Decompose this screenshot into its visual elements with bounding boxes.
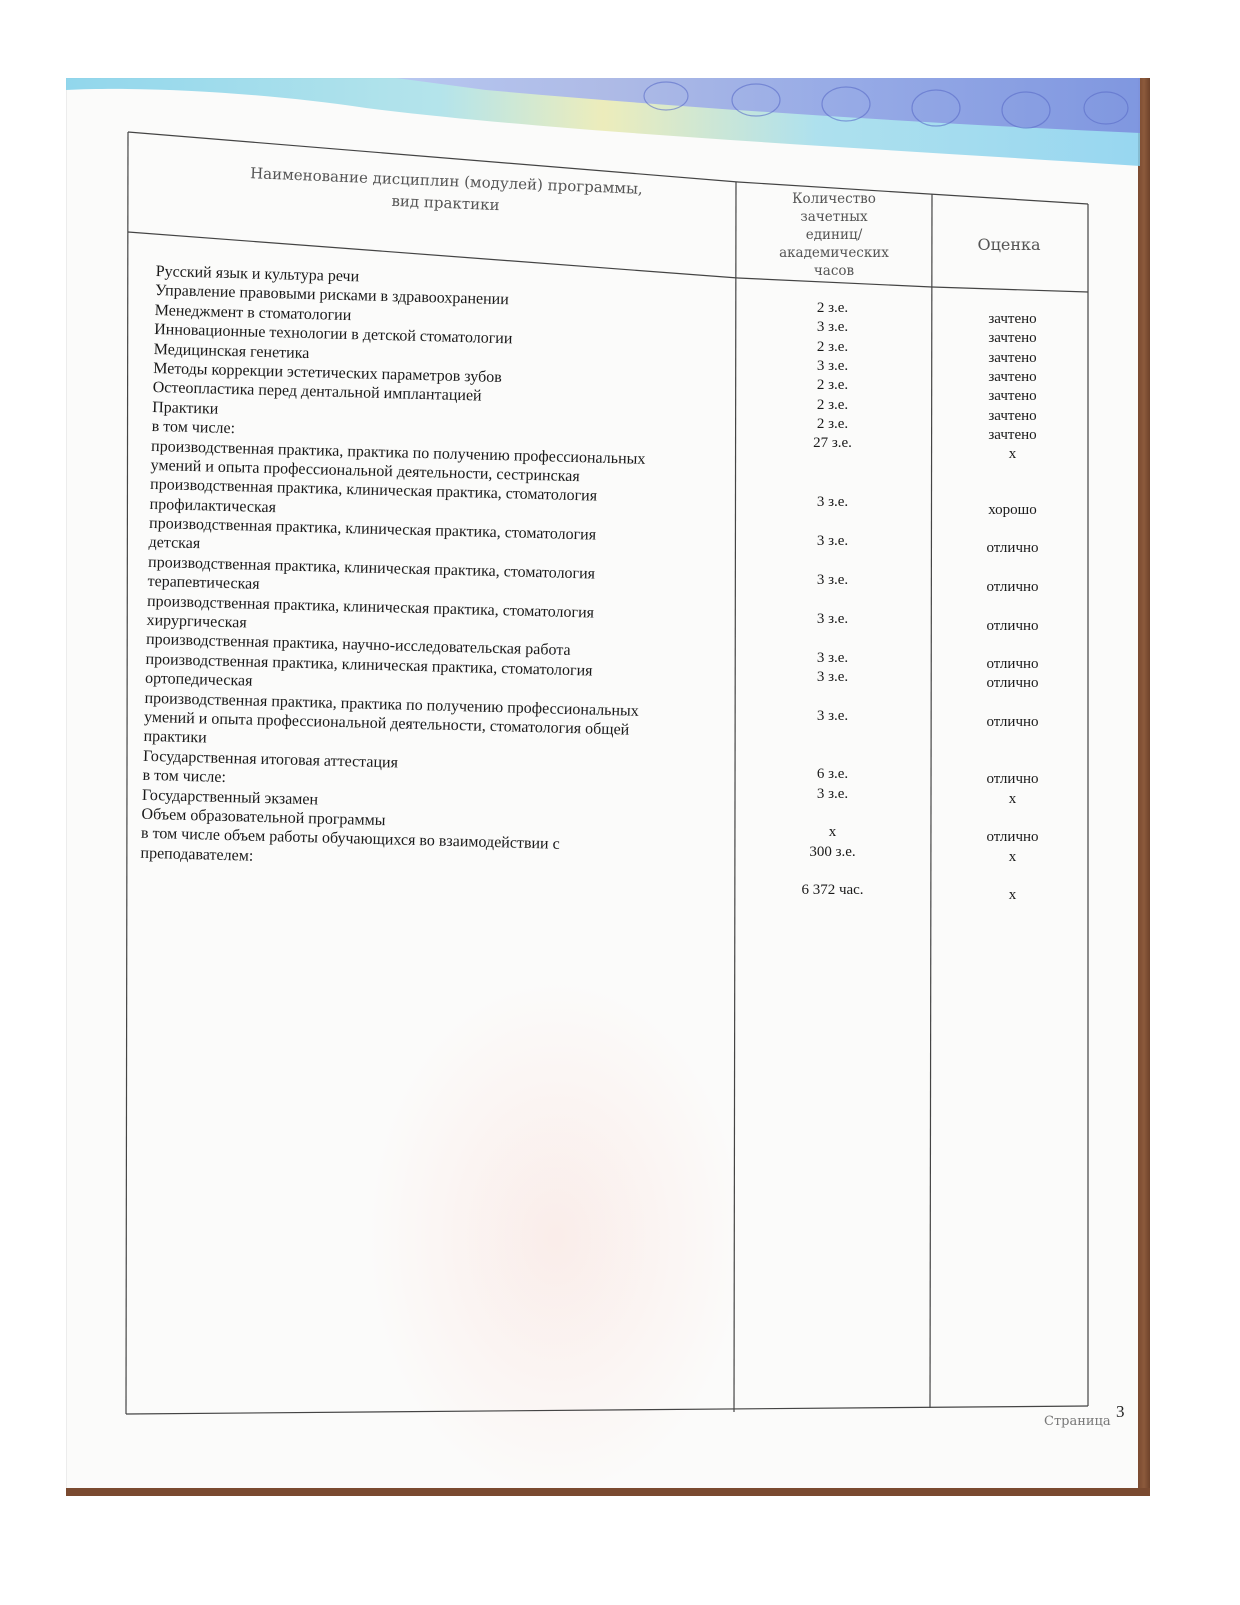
credits-value: 3 з.е. bbox=[775, 650, 890, 667]
value-row: 3 з.е.зачтено bbox=[775, 358, 1075, 378]
column-header-credits: Количество зачетных единиц/ академически… bbox=[744, 190, 924, 280]
value-row: хотлично bbox=[775, 824, 1075, 844]
page-label: Страница bbox=[1044, 1414, 1111, 1429]
credits-value: 3 з.е. bbox=[775, 611, 890, 628]
credits-value: 3 з.е. bbox=[775, 708, 890, 725]
value-row: 6 372 час.х bbox=[775, 882, 1075, 902]
credits-value: 2 з.е. bbox=[775, 339, 890, 356]
grade-value: отлично bbox=[955, 714, 1070, 731]
grade-value: х bbox=[955, 446, 1070, 463]
grade-value: х bbox=[955, 887, 1070, 904]
value-row: 3 з.е.отлично bbox=[775, 669, 1075, 689]
grade-value: х bbox=[955, 791, 1070, 808]
grade-value: отлично bbox=[955, 618, 1070, 635]
value-row: 3 з.е.отлично bbox=[775, 611, 1075, 631]
credits-value: 3 з.е. bbox=[775, 669, 890, 686]
credits-value: 2 з.е. bbox=[775, 397, 890, 414]
grade-value: отлично bbox=[955, 540, 1070, 557]
value-row: 3 з.е.х bbox=[775, 786, 1075, 806]
credits-value: 2 з.е. bbox=[775, 300, 890, 317]
value-row: 2 з.е.зачтено bbox=[775, 300, 1075, 320]
grade-value: хорошо bbox=[955, 502, 1070, 519]
value-row: 3 з.е.отлично bbox=[775, 533, 1075, 553]
grade-value: отлично bbox=[955, 579, 1070, 596]
credits-value: 6 372 час. bbox=[775, 882, 890, 899]
value-row: 27 з.е.х bbox=[775, 435, 1075, 455]
value-row: 2 з.е.зачтено bbox=[775, 416, 1075, 436]
value-row: 2 з.е.зачтено bbox=[775, 397, 1075, 417]
credits-value: х bbox=[775, 824, 890, 841]
value-row: 3 з.е.зачтено bbox=[775, 319, 1075, 339]
page-number: 3 bbox=[1116, 1402, 1125, 1422]
credits-value: 2 з.е. bbox=[775, 416, 890, 433]
credits-value: 3 з.е. bbox=[775, 494, 890, 511]
value-row: 300 з.е.х bbox=[775, 844, 1075, 864]
value-row: 2 з.е.зачтено bbox=[775, 339, 1075, 359]
credits-value: 3 з.е. bbox=[775, 572, 890, 589]
grade-value: отлично bbox=[955, 675, 1070, 692]
column-header-grade: Оценка bbox=[934, 236, 1084, 254]
value-row: 6 з.е.отлично bbox=[775, 766, 1075, 786]
credits-value: 6 з.е. bbox=[775, 766, 890, 783]
credits-value: 3 з.е. bbox=[775, 358, 890, 375]
background-wood-bottom bbox=[66, 1488, 1150, 1496]
credits-value: 3 з.е. bbox=[775, 319, 890, 336]
credits-value: 3 з.е. bbox=[775, 786, 890, 803]
value-row: 3 з.е.отлично bbox=[775, 708, 1075, 728]
value-row: 3 з.е.отлично bbox=[775, 650, 1075, 670]
value-row: 3 з.е.отлично bbox=[775, 572, 1075, 592]
value-row: 3 з.е.хорошо bbox=[775, 494, 1075, 514]
value-row: 2 з.е.зачтено bbox=[775, 377, 1075, 397]
credits-value: 300 з.е. bbox=[775, 844, 890, 861]
background-wood-edge bbox=[1138, 78, 1150, 1492]
grade-value: х bbox=[955, 849, 1070, 866]
credits-value: 27 з.е. bbox=[775, 435, 890, 452]
credits-value: 2 з.е. bbox=[775, 377, 890, 394]
credits-value: 3 з.е. bbox=[775, 533, 890, 550]
